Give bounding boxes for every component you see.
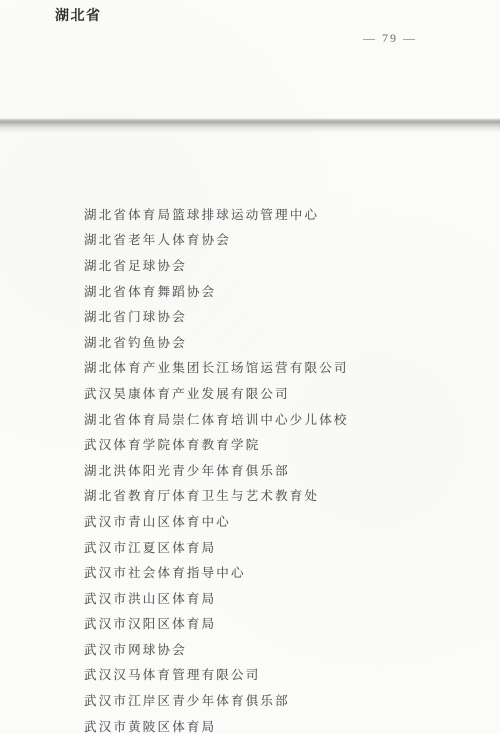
list-item: 武汉市汉阳区体育局 <box>84 611 480 637</box>
document-page: 湖北省 — 79 — 湖北省体育局篮球排球运动管理中心湖北省老年人体育协会湖北省… <box>0 0 500 734</box>
list-item: 武汉市社会体育指导中心 <box>84 559 480 585</box>
list-item: 武汉市洪山区体育局 <box>84 585 480 611</box>
list-item: 武汉市网球协会 <box>84 636 480 662</box>
page-divider <box>0 118 500 133</box>
list-item: 武汉市江夏区体育局 <box>84 534 480 560</box>
list-item: 湖北体育产业集团长江场馆运营有限公司 <box>84 355 480 381</box>
list-item: 湖北省体育舞蹈协会 <box>84 278 480 304</box>
list-item: 武汉体育学院体育教育学院 <box>84 431 480 457</box>
org-list: 湖北省体育局篮球排球运动管理中心湖北省老年人体育协会湖北省足球协会湖北省体育舞蹈… <box>84 201 480 734</box>
list-item: 湖北省钓鱼协会 <box>84 329 480 355</box>
list-item: 湖北省门球协会 <box>84 303 480 329</box>
list-item: 武汉市青山区体育中心 <box>84 508 480 534</box>
list-item: 湖北省足球协会 <box>84 252 480 278</box>
list-item: 湖北省体育局篮球排球运动管理中心 <box>84 201 480 227</box>
list-item: 湖北省教育厅体育卫生与艺术教育处 <box>84 483 480 509</box>
list-item: 湖北洪体阳光青少年体育俱乐部 <box>84 457 480 483</box>
list-item: 武汉昊康体育产业发展有限公司 <box>84 380 480 406</box>
list-item: 武汉汉马体育管理有限公司 <box>84 662 480 688</box>
section-title: 湖北省 <box>55 5 102 25</box>
list-item: 武汉市黄陂区体育局 <box>84 713 480 734</box>
list-item: 武汉市江岸区青少年体育俱乐部 <box>84 687 480 713</box>
page-number: — 79 — <box>363 31 433 46</box>
list-item: 湖北省体育局崇仁体育培训中心少儿体校 <box>84 406 480 432</box>
list-item: 湖北省老年人体育协会 <box>84 227 480 253</box>
